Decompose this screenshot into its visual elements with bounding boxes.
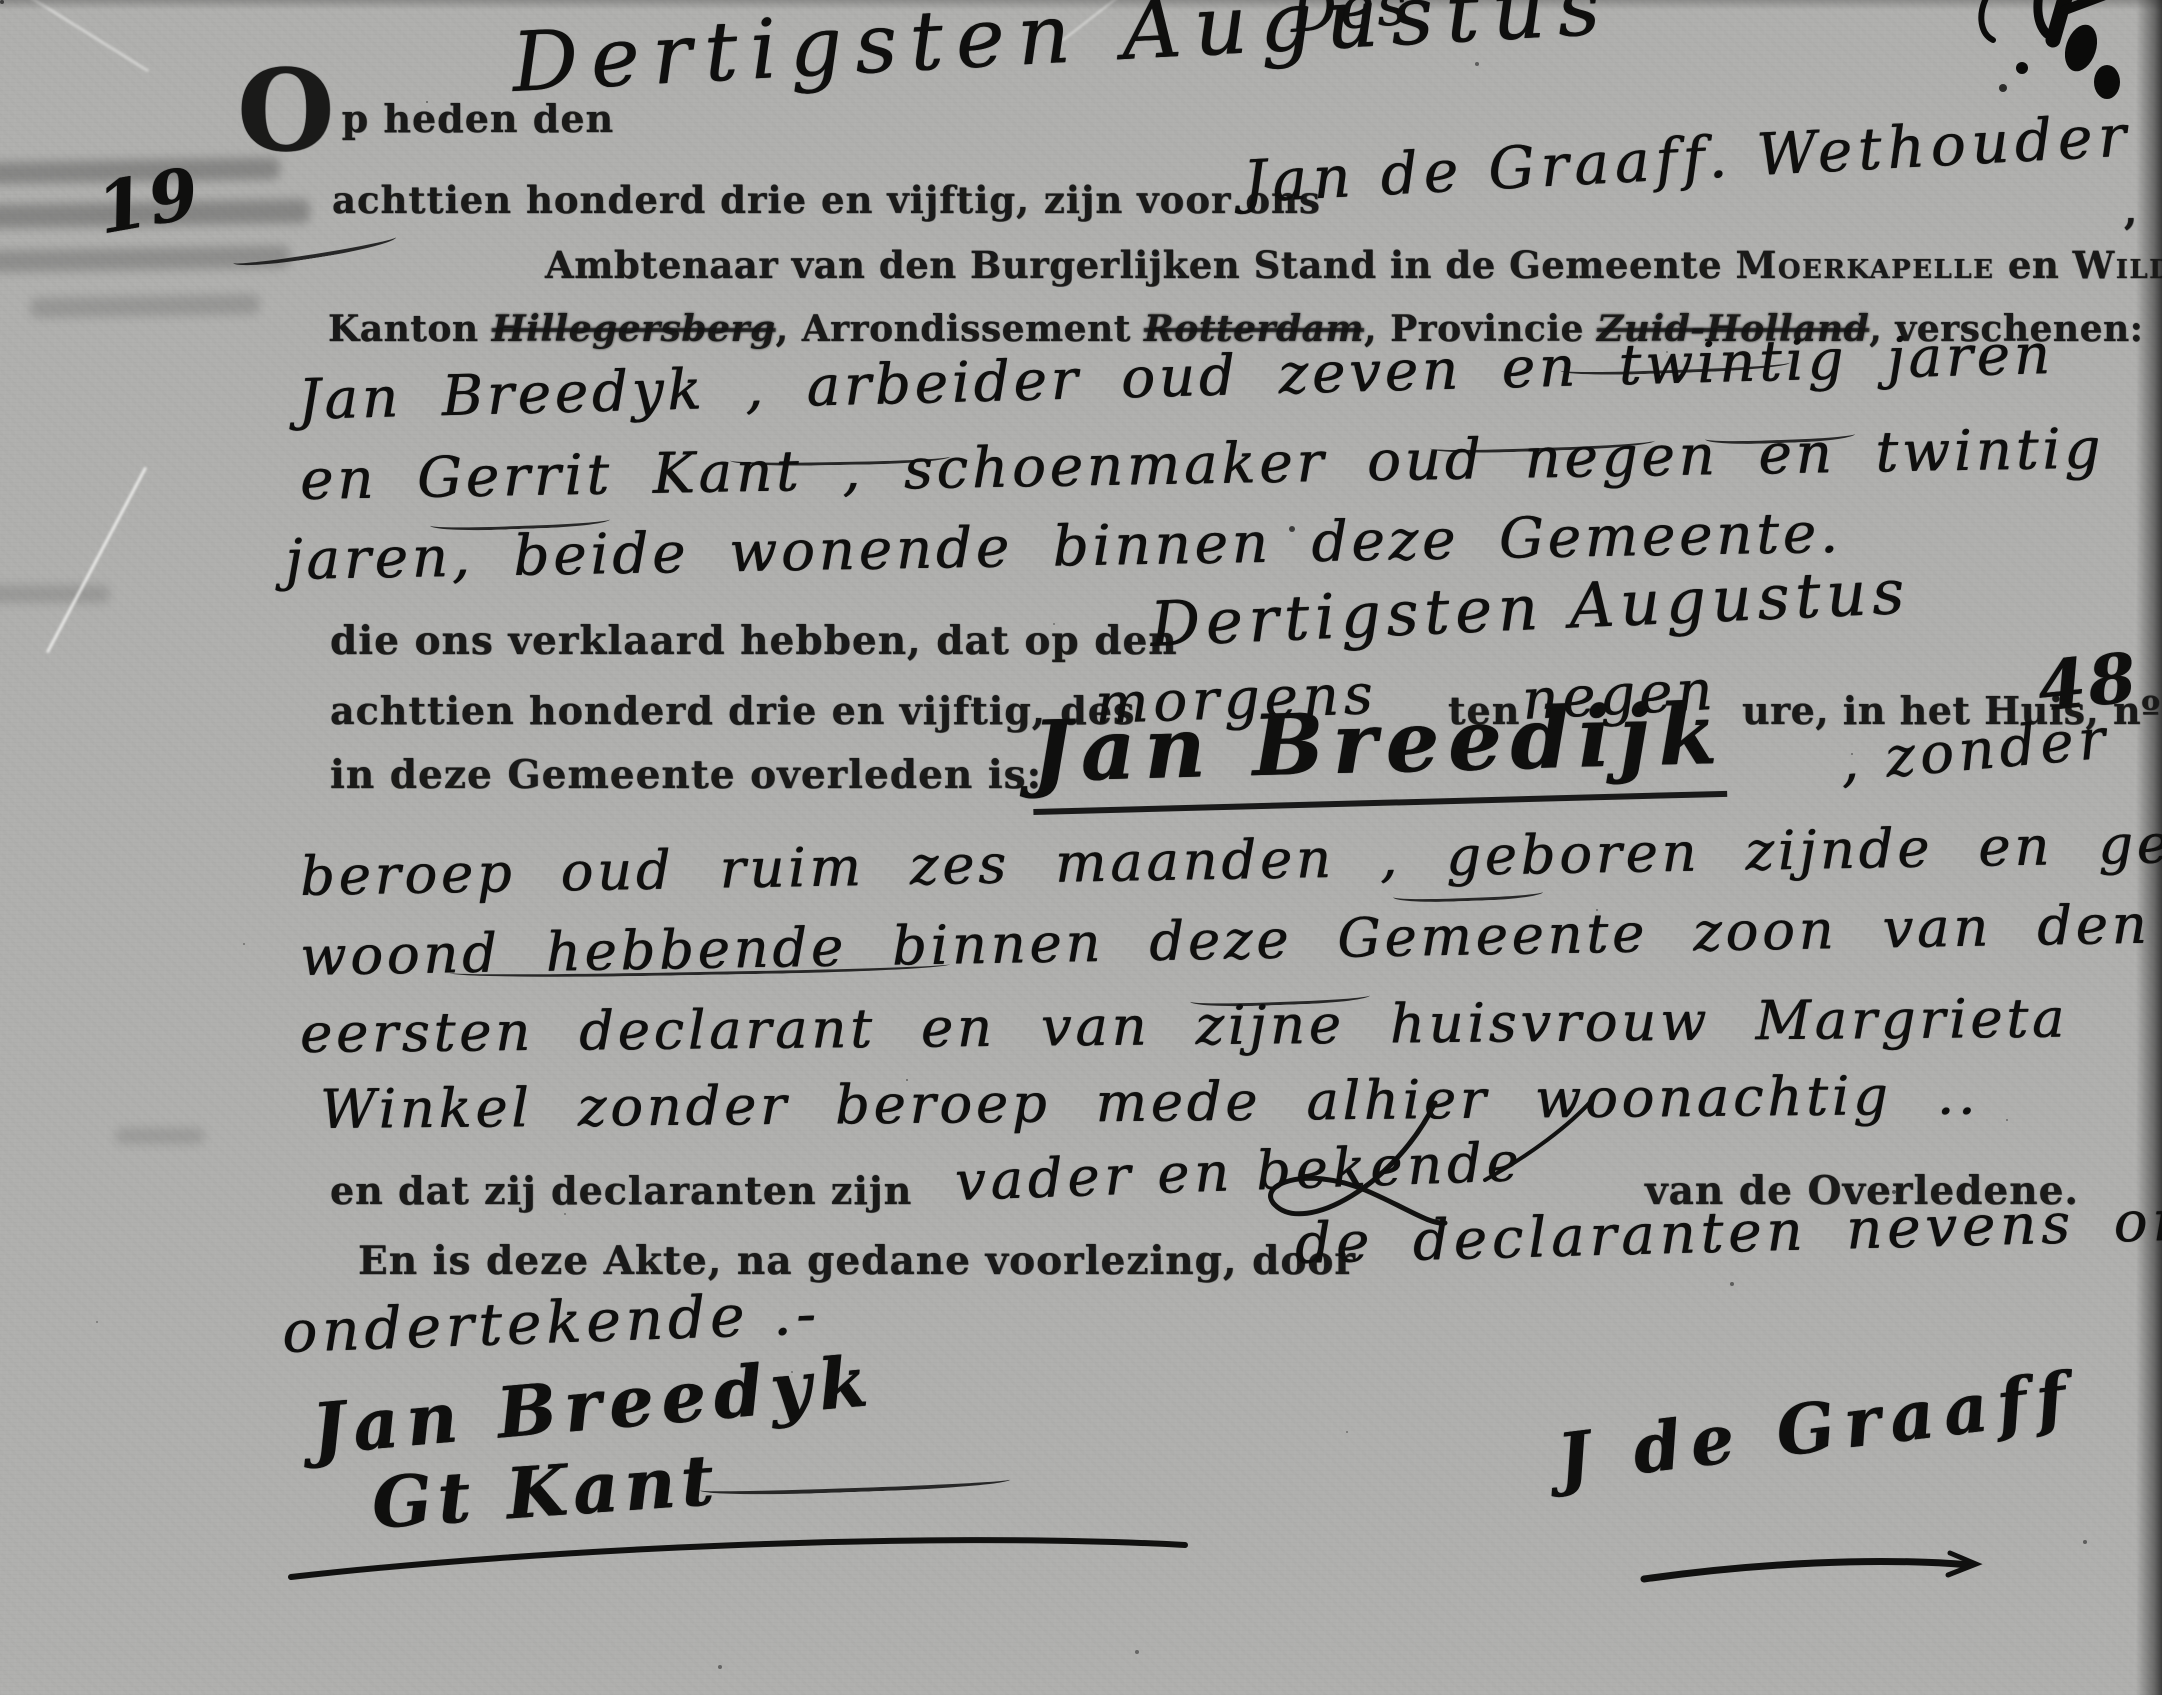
printed-declaranten-zijn: en dat zij declaranten zijn <box>330 1168 912 1213</box>
kanton-label: Kanton <box>328 308 479 350</box>
printed-trailing-comma: , <box>2124 188 2138 233</box>
signature-underline-flourish <box>285 1525 1195 1585</box>
act-number: 19 <box>91 151 207 251</box>
bleedthrough-smear <box>115 1128 205 1144</box>
arrondissement-label: , Arrondissement <box>776 308 1131 350</box>
official-underline-arrow <box>1638 1545 1998 1595</box>
gemeente-wildeveenen: Wildeveenen <box>2073 243 2162 287</box>
printed-achttien-2: achttien honderd drie en vijftig, des <box>330 688 1135 733</box>
gemeente-en: en <box>2008 243 2059 287</box>
printed-voorlezing: En is deze Akte, na gedane voorlezing, d… <box>358 1238 1356 1284</box>
bleedthrough-smear <box>0 585 110 603</box>
printed-verklaard: die ons verklaard hebben, dat op den <box>330 618 1178 664</box>
kanton-value: Hillegersberg <box>492 308 776 350</box>
printed-ambtenaar-line: Ambtenaar van den Burgerlijken Stand in … <box>545 243 2162 287</box>
printed-overleden-is: in deze Gemeente overleden is: <box>330 752 1042 798</box>
ambtenaar-prefix: Ambtenaar van den Burgerlijken Stand in … <box>545 243 1722 287</box>
dropcap-O: O <box>237 46 336 177</box>
gemeente-moerkapelle: Moerkapelle <box>1735 243 1994 287</box>
bleedthrough-smear <box>30 294 260 318</box>
pen-flourish-rise <box>1480 1095 1600 1185</box>
printed-achttien-honderd: achttien honderd drie en vijftig, zijn v… <box>332 178 1321 222</box>
handwritten-deceased-name: Jan Breedijk <box>1031 684 1728 815</box>
